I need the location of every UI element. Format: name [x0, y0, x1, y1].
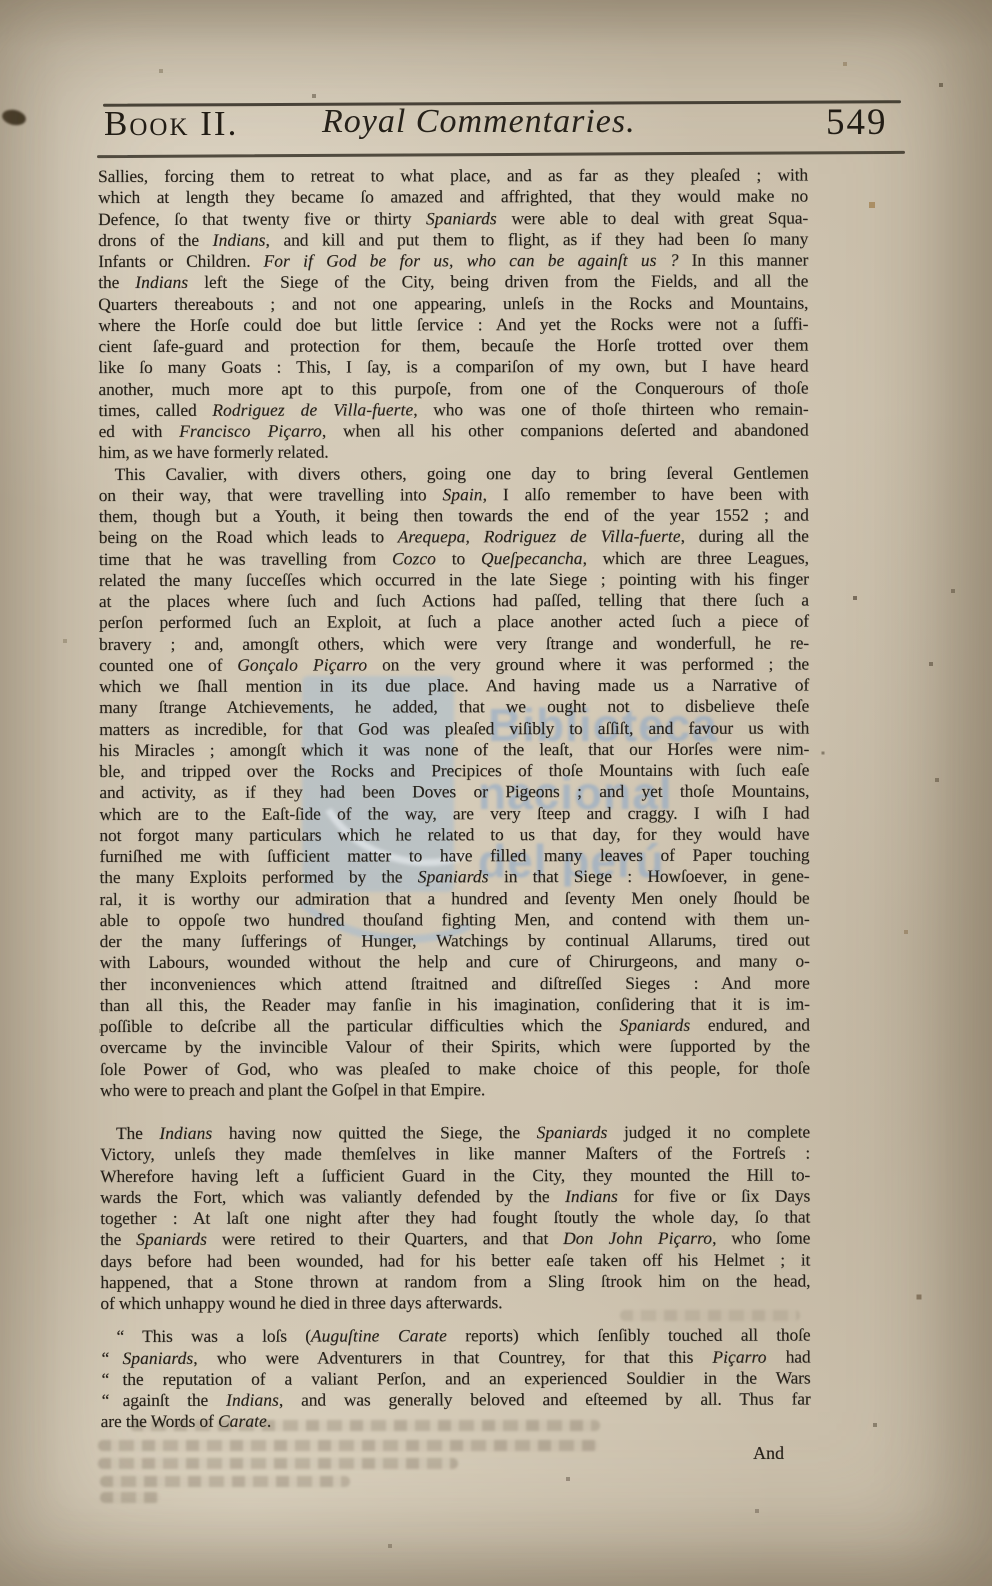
- text-line: Wherefore having left a ſufficient Guard…: [100, 1164, 810, 1187]
- text-line: than all this, the Reader may fanſie in …: [100, 993, 810, 1016]
- text-segment: where the Horſe could doe but little ſer…: [98, 313, 808, 334]
- text-line: Sallies, forcing them to retreat to what…: [98, 165, 808, 188]
- text-segment: his Miracles ; amongſt which it was none…: [99, 738, 809, 759]
- text-line: which we ſhall mention in its due place.…: [99, 675, 809, 698]
- text-segment: cient ſafe-guard and protection for them…: [98, 335, 808, 356]
- text-line: which at length they became ſo amazed an…: [98, 186, 808, 209]
- text-segment: perſon performed ſuch an Exploit, at ſuc…: [99, 611, 809, 632]
- bleedthrough-smudge: [100, 1476, 350, 1487]
- ink-blot: [1, 108, 28, 128]
- text-segment: with Labours, wounded without the help a…: [100, 951, 810, 972]
- text-segment: matters as incredible, for that God was …: [99, 717, 809, 738]
- text-segment: overcame by the invincible Valour of the…: [100, 1036, 810, 1057]
- text-segment: furniſhed me with ſufficient matter to h…: [99, 845, 809, 866]
- text-line: overcame by the invincible Valour of the…: [100, 1036, 810, 1059]
- book-page-scan: Biblioteca nacional del perú Book II. Ro…: [0, 0, 992, 1586]
- text-segment: times, called: [98, 400, 212, 420]
- text-line: “ This was a loſs (Auguſtine Carate repo…: [100, 1325, 810, 1348]
- text-segment: of which unhappy wound he died in three …: [100, 1292, 502, 1313]
- text-line: with Labours, wounded without the help a…: [100, 951, 810, 974]
- text-segment: which we ſhall mention in its due place.…: [99, 675, 809, 696]
- text-line: matters as incredible, for that God was …: [99, 717, 809, 740]
- text-line: Quarters thereabouts ; and not one appea…: [98, 292, 808, 315]
- text-segment: the: [98, 272, 135, 292]
- text-segment: poſſible to deſcribe all the particular …: [100, 1015, 620, 1036]
- margin-quote-mark: “: [102, 1390, 110, 1411]
- italic-text: Piçarro: [712, 1346, 766, 1366]
- italic-text: For if God be for us, who can be againſt…: [263, 250, 678, 271]
- paragraph: “ This was a loſs (Auguſtine Carate repo…: [100, 1325, 810, 1433]
- text-segment: which are to the Eaſt-ſide of the way, a…: [99, 802, 809, 823]
- text-line: the Spaniards were retired to their Quar…: [100, 1228, 810, 1251]
- text-segment: than all this, the Reader may fanſie in …: [100, 993, 810, 1014]
- text-segment: Quarters thereabouts ; and not one appea…: [98, 292, 808, 313]
- text-line: drons of the Indians, and kill and put t…: [98, 228, 808, 251]
- text-line: ſole Power of God, who was pleaſed to ma…: [100, 1057, 810, 1080]
- text-segment: , which are three Leagues,: [583, 547, 809, 567]
- italic-text: Spaniards: [418, 866, 489, 886]
- text-line: ed with Francisco Piçarro, when all his …: [99, 420, 809, 443]
- book-label: Book II.: [104, 104, 238, 144]
- italic-text: Auguſtine Carate: [311, 1326, 447, 1346]
- italic-text: Indians: [213, 229, 266, 249]
- text-segment: , who was one of thoſe thirteen who rema…: [413, 398, 808, 419]
- text-segment: able to oppoſe two hundred thouſand figh…: [100, 908, 810, 929]
- text-line: time that he was travelling from Cozco t…: [99, 547, 809, 570]
- text-segment: not forgot many particulars which he rel…: [99, 823, 809, 844]
- text-segment: Victory, unleſs they made themſelves in …: [100, 1143, 810, 1164]
- text-segment: “ This was a loſs (: [116, 1326, 311, 1346]
- text-segment: were able to deal with great Squa-: [497, 207, 808, 228]
- text-segment: judged it no complete: [607, 1122, 810, 1142]
- italic-text: Spain: [442, 484, 482, 504]
- italic-text: Indians: [135, 272, 188, 292]
- text-segment: , and kill and put them to flight, as if…: [266, 228, 809, 249]
- bleedthrough-smudge: [100, 1492, 160, 1503]
- text-segment: , during all the: [681, 526, 809, 546]
- text-segment: which at length they became ſo amazed an…: [98, 186, 808, 207]
- text-segment: wards the Fort, which was valiantly defe…: [100, 1186, 565, 1207]
- italic-text: Spaniards: [537, 1122, 608, 1142]
- text-line: which are to the Eaſt-ſide of the way, a…: [99, 802, 809, 825]
- text-line: him, as we have formerly related.: [99, 441, 809, 464]
- text-segment: on their way, that were travelling into: [99, 484, 443, 505]
- text-segment: the many Exploits performed by the: [99, 867, 417, 888]
- italic-text: Cozco: [392, 548, 436, 568]
- text-segment: ther inconveniences which attend ſtraitn…: [100, 972, 810, 993]
- text-segment: The: [116, 1123, 159, 1143]
- text-line: happened, that a Stone thrown at random …: [100, 1270, 810, 1293]
- text-line: counted one of Gonçalo Piçarro on the ve…: [99, 653, 809, 676]
- text-line: are the Words of Carate.: [101, 1410, 811, 1433]
- text-segment: Wherefore having left a ſufficient Guard…: [100, 1164, 810, 1185]
- text-line: at the places where ſuch and ſuch Action…: [99, 590, 809, 613]
- text-segment: being on the Road which leads to: [99, 527, 398, 548]
- italic-text: Indians: [159, 1123, 212, 1143]
- text-segment: the: [100, 1229, 136, 1249]
- paragraph: Sallies, forcing them to retreat to what…: [98, 165, 809, 464]
- text-segment: This Cavalier, with divers others, going…: [115, 462, 809, 483]
- text-segment: , when all his other companions deſerted…: [322, 420, 809, 441]
- text-segment: for five or ſix Days: [618, 1185, 810, 1205]
- text-segment: , I alſo remember to have been with: [483, 483, 809, 504]
- text-line: times, called Rodriguez de Villa-fuerte,…: [98, 398, 808, 421]
- text-segment: another, much more apt to this purpoſe, …: [98, 377, 808, 398]
- text-segment: days before had been wounded, had for hi…: [100, 1249, 810, 1270]
- italic-text: Rodriguez de Villa-fuerte: [212, 399, 413, 419]
- text-line: like ſo many Goats : This, I ſay, is a c…: [98, 356, 808, 379]
- text-segment: In this manner: [679, 250, 809, 270]
- margin-quote-mark: “: [101, 1347, 109, 1368]
- text-line: Defence, ſo that twenty five or thirty S…: [98, 207, 808, 230]
- italic-text: Don John Piçarro: [563, 1228, 712, 1248]
- text-segment: Infants or Children.: [98, 251, 263, 271]
- text-segment: together : At laſt one night after they …: [100, 1207, 810, 1228]
- italic-text: Indians: [226, 1390, 279, 1410]
- text-line: ble, and tripped over the Rocks and Prec…: [99, 760, 809, 783]
- italic-text: Indians: [565, 1186, 618, 1206]
- text-line: able to oppoſe two hundred thouſand figh…: [100, 908, 810, 931]
- text-line: Infants or Children. For if God be for u…: [98, 250, 808, 273]
- text-segment: them, though but a Youth, it being then …: [99, 505, 809, 526]
- text-line: on their way, that were travelling into …: [99, 483, 809, 506]
- text-segment: to: [436, 548, 481, 568]
- text-segment: counted one of: [99, 654, 237, 674]
- margin-quote-mark: “: [102, 1369, 110, 1390]
- italic-text: Carate: [218, 1411, 267, 1431]
- text-line: and activity, as if they had been Doves …: [99, 781, 809, 804]
- text-line: many ſtrange Atchievements, he added, th…: [99, 696, 809, 719]
- text-segment: having now quitted the Siege, the: [212, 1122, 536, 1143]
- text-segment: left the Siege of the City, being driven…: [188, 271, 808, 292]
- text-line: not forgot many particulars which he rel…: [99, 823, 809, 846]
- text-line: another, much more apt to this purpoſe, …: [98, 377, 808, 400]
- text-line: the many Exploits performed by the Spani…: [99, 866, 809, 889]
- text-segment: and activity, as if they had been Doves …: [99, 781, 809, 802]
- italic-text: Francisco Piçarro: [179, 421, 322, 441]
- text-line: ral, it is worthy our admiration that a …: [100, 887, 810, 910]
- text-segment: at the places where ſuch and ſuch Action…: [99, 590, 809, 611]
- text-segment: , who were Adventurers in that Countrey,…: [193, 1346, 712, 1367]
- text-line: bravery ; and, amongſt others, which wer…: [99, 632, 809, 655]
- text-segment: .: [267, 1411, 271, 1431]
- text-line: der the many ſufferings of Hunger, Watch…: [100, 930, 810, 953]
- bleedthrough-smudge: [98, 1458, 458, 1469]
- text-line: This Cavalier, with divers others, going…: [99, 462, 809, 485]
- text-segment: againſt the: [123, 1390, 226, 1410]
- text-segment: on the very ground where it was performe…: [367, 653, 809, 674]
- text-segment: many ſtrange Atchievements, he added, th…: [99, 696, 809, 717]
- text-line: them, though but a Youth, it being then …: [99, 505, 809, 528]
- italic-text: Arequepa, Rodriguez de Villa-fuerte: [398, 526, 681, 547]
- text-line: furniſhed me with ſufficient matter to h…: [99, 845, 809, 868]
- text-line: wards the Fort, which was valiantly defe…: [100, 1185, 810, 1208]
- text-segment: the reputation of a valiant Perſon, and …: [123, 1367, 811, 1388]
- text-segment: ſole Power of God, who was pleaſed to ma…: [100, 1057, 810, 1078]
- paper-speckles: [0, 0, 2, 2]
- text-segment: , and was generally beloved and eſteemed…: [279, 1389, 811, 1410]
- text-segment: ble, and tripped over the Rocks and Prec…: [99, 760, 809, 781]
- text-line: Victory, unleſs they made themſelves in …: [100, 1143, 810, 1166]
- text-segment: endured, and: [690, 1015, 810, 1035]
- italic-text: Spaniards: [122, 1347, 193, 1367]
- text-line: poſſible to deſcribe all the particular …: [100, 1015, 810, 1038]
- page-number: 549: [826, 101, 888, 144]
- text-segment: ral, it is worthy our admiration that a …: [100, 887, 810, 908]
- text-segment: reports) which ſenſibly touched all thoſ…: [447, 1325, 811, 1346]
- text-segment: Sallies, forcing them to retreat to what…: [98, 165, 808, 186]
- italic-text: Spaniards: [136, 1229, 207, 1249]
- text-line: who were to preach and plant the Goſpel …: [100, 1078, 810, 1101]
- italic-text: Spaniards: [426, 208, 497, 228]
- bleedthrough-smudge: [98, 1440, 598, 1451]
- italic-text: Gonçalo Piçarro: [237, 654, 367, 674]
- text-segment: drons of the: [98, 230, 213, 250]
- catchword: And: [753, 1443, 784, 1464]
- text-segment: like ſo many Goats : This, I ſay, is a c…: [98, 356, 808, 377]
- paragraph: The Indians having now quitted the Siege…: [100, 1122, 810, 1315]
- text-line: ther inconveniences which attend ſtraitn…: [100, 972, 810, 995]
- text-line: “the reputation of a valiant Perſon, and…: [101, 1367, 811, 1390]
- text-segment: Defence, ſo that twenty five or thirty: [98, 208, 426, 229]
- text-line: being on the Road which leads to Arequep…: [99, 526, 809, 549]
- text-line: perſon performed ſuch an Exploit, at ſuc…: [99, 611, 809, 634]
- text-line: The Indians having now quitted the Siege…: [100, 1122, 810, 1145]
- text-segment: in that Siege : Howſoever, in gene-: [489, 866, 810, 887]
- text-line: his Miracles ; amongſt which it was none…: [99, 738, 809, 761]
- running-title: Royal Commentaries.: [322, 103, 636, 141]
- text-segment: bravery ; and, amongſt others, which wer…: [99, 632, 809, 653]
- text-line: days before had been wounded, had for hi…: [100, 1249, 810, 1272]
- page-body: Sallies, forcing them to retreat to what…: [98, 165, 811, 1433]
- text-segment: were retired to their Quarters, and that: [207, 1228, 563, 1249]
- text-line: cient ſafe-guard and protection for them…: [98, 335, 808, 358]
- text-segment: had: [767, 1346, 811, 1366]
- text-line: “Spaniards, who were Adventurers in that…: [100, 1346, 810, 1369]
- italic-text: Queſpecancha: [481, 547, 583, 567]
- text-segment: ed with: [99, 421, 180, 441]
- italic-text: Spaniards: [619, 1015, 690, 1035]
- text-segment: der the many ſufferings of Hunger, Watch…: [100, 930, 810, 951]
- text-segment: related the many ſucceſſes which occurre…: [99, 568, 809, 589]
- header-rule-bottom: [97, 151, 905, 158]
- text-line: of which unhappy wound he died in three …: [100, 1292, 810, 1315]
- text-segment: time that he was travelling from: [99, 548, 392, 569]
- paragraph: This Cavalier, with divers others, going…: [99, 462, 810, 1101]
- text-line: the Indians left the Siege of the City, …: [98, 271, 808, 294]
- text-segment: happened, that a Stone thrown at random …: [100, 1270, 810, 1291]
- text-line: together : At laſt one night after they …: [100, 1207, 810, 1230]
- text-line: “againſt the Indians, and was generally …: [101, 1389, 811, 1412]
- text-segment: him, as we have formerly related.: [99, 442, 329, 462]
- text-segment: who were to preach and plant the Goſpel …: [100, 1079, 485, 1100]
- text-line: where the Horſe could doe but little ſer…: [98, 313, 808, 336]
- text-line: related the many ſucceſſes which occurre…: [99, 568, 809, 591]
- text-segment: are the Words of: [101, 1411, 218, 1431]
- text-segment: , who ſome: [712, 1228, 810, 1248]
